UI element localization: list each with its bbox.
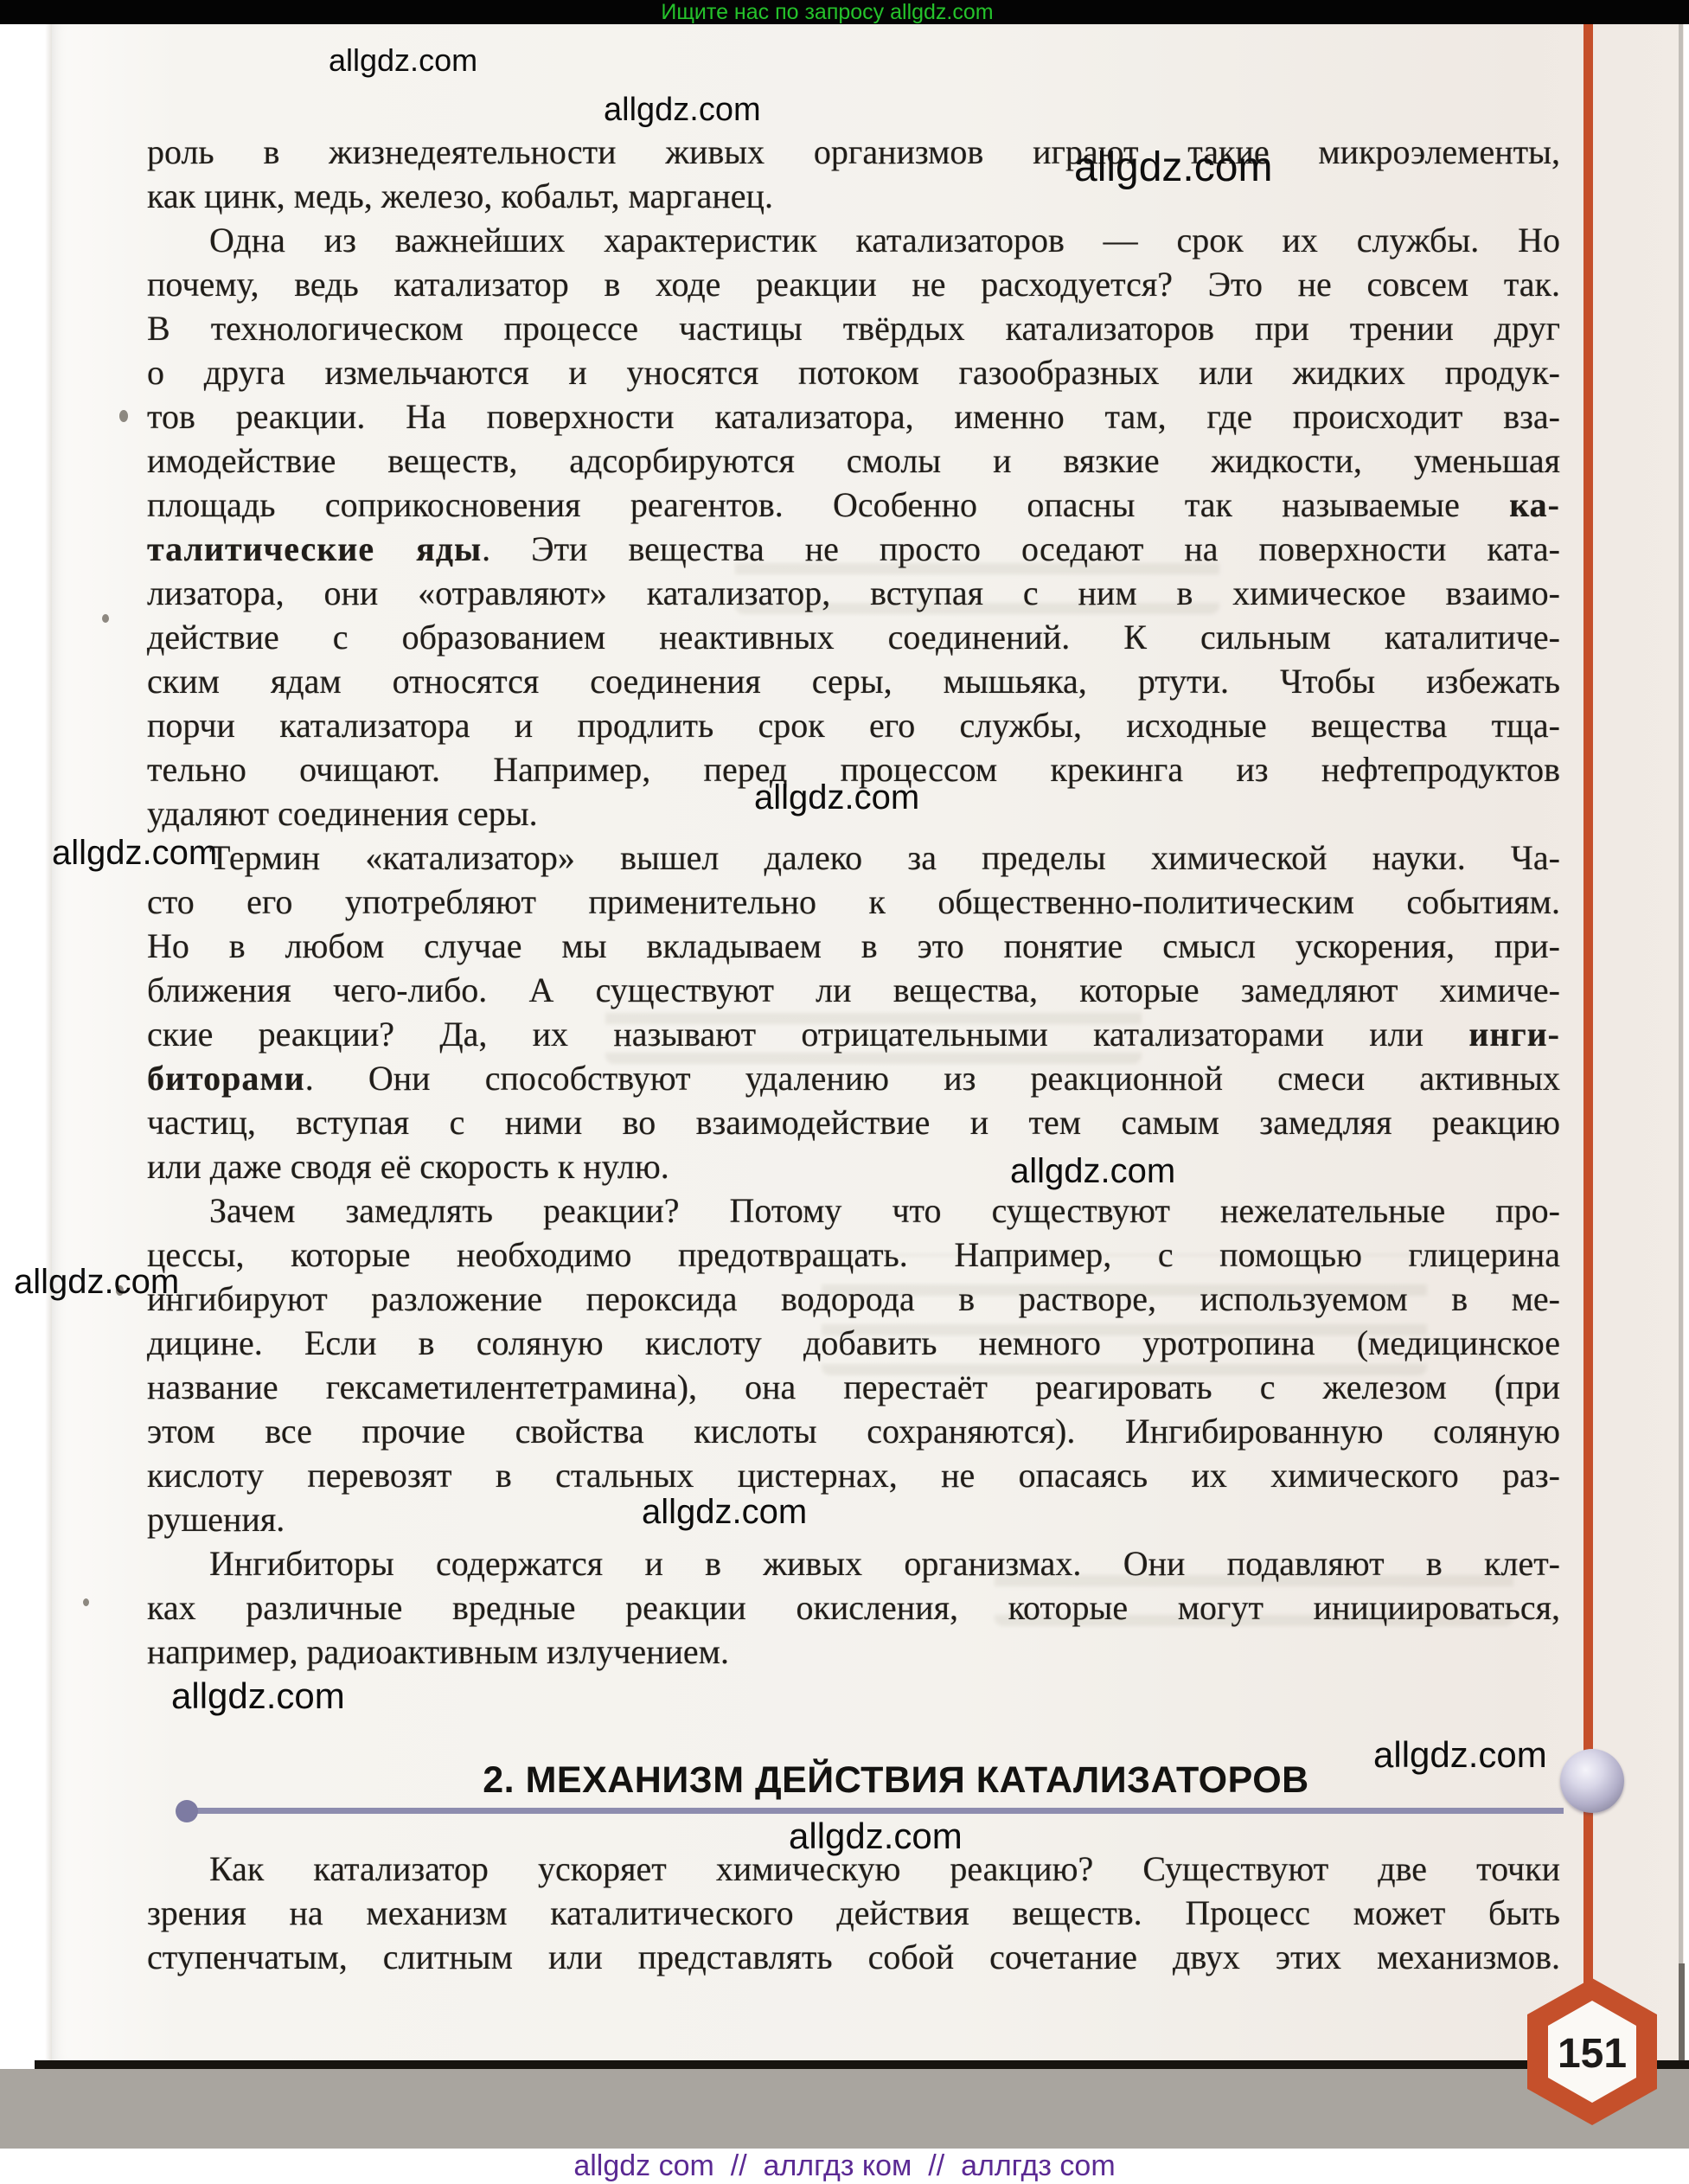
rule-end-sphere [1560, 1749, 1624, 1813]
text-line: Одна из важнейших характеристик катализа… [147, 218, 1560, 262]
heading-rule [187, 1808, 1564, 1814]
text-line: имодействие веществ, адсорбируются смолы… [147, 439, 1560, 483]
watermark: allgdz.com [604, 93, 761, 126]
text-line: частиц, вступая с ними во взаимодействие… [147, 1100, 1560, 1144]
page-right-edge [1679, 24, 1683, 2062]
rule-start-dot [176, 1800, 198, 1822]
ink-speck [119, 410, 128, 422]
text-line: сто его употребляют применительно к обще… [147, 880, 1560, 924]
text-line: название гексаметилентетрамина), она пер… [147, 1365, 1560, 1409]
text-line: действие с образованием неактивных соеди… [147, 615, 1560, 659]
paragraph: Одна из важнейших характеристик катализа… [147, 218, 1560, 836]
paragraph: роль в жизнедеятельности живых организмо… [147, 130, 1560, 218]
watermark: allgdz.com [1373, 1737, 1547, 1773]
top-banner-text: Ищите нас по запросу allgdz.com [661, 0, 993, 24]
text-line: рушения. [147, 1497, 1560, 1541]
text-line: тов реакции. На поверхности катализатора… [147, 394, 1560, 439]
text-line: дицине. Если в соляную кислоту добавить … [147, 1321, 1560, 1365]
text-line: В технологическом процессе частицы твёрд… [147, 306, 1560, 350]
ink-speck [102, 614, 109, 623]
text-line: роль в жизнедеятельности живых организмо… [147, 130, 1560, 174]
accent-vertical-bar [1583, 24, 1593, 1986]
page-number: 151 [1527, 2030, 1657, 2078]
watermark: allgdz.com [52, 836, 217, 870]
watermark: allgdz.com [1074, 147, 1272, 189]
text-line: Зачем замедлять реакции? Потому что суще… [147, 1188, 1560, 1233]
text-line: например, радиоактивным излучением. [147, 1630, 1560, 1674]
text-line: биторами. Они способствуют удалению из р… [147, 1056, 1560, 1100]
text-line: порчи катализатора и продлить срок его с… [147, 703, 1560, 747]
watermark: allgdz.com [171, 1678, 345, 1714]
page-left-edge [45, 24, 52, 2062]
watermark: allgdz.com [14, 1265, 179, 1299]
watermark: allgdz.com [642, 1495, 807, 1529]
page-number-hexagon: 151 [1527, 1978, 1657, 2125]
paragraph: Ингибиторы содержатся и в живых организм… [147, 1541, 1560, 1674]
text-line: площадь соприкосновения реагентов. Особе… [147, 483, 1560, 527]
watermark: allgdz.com [789, 1818, 963, 1854]
watermark: allgdz.com [754, 780, 919, 815]
text-line: Термин «катализатор» вышел далеко за пре… [147, 836, 1560, 880]
text-line: кислоту перевозят в стальных цистернах, … [147, 1453, 1560, 1497]
paragraph: Зачем замедлять реакции? Потому что суще… [147, 1188, 1560, 1541]
text-line: ках различные вредные реакции окисления,… [147, 1585, 1560, 1630]
text-line: почему, ведь катализатор в ходе реакции … [147, 262, 1560, 306]
page-bottom-edge-line [35, 2060, 1689, 2069]
text-line: ингибируют разложение пероксида водорода… [147, 1277, 1560, 1321]
watermark: allgdz.com [329, 45, 477, 76]
scanned-textbook-page: { "top_bar": { "text": "Ищите нас по зап… [0, 0, 1689, 2184]
text-line: ским ядам относятся соединения серы, мыш… [147, 659, 1560, 703]
text-line: Ингибиторы содержатся и в живых организм… [147, 1541, 1560, 1585]
paragraph: Как катализатор ускоряет химическую реак… [147, 1847, 1560, 1979]
top-banner: Ищите нас по запросу allgdz.com [0, 0, 1689, 24]
text-line: этом все прочие свойства кислоты сохраня… [147, 1409, 1560, 1453]
paragraph: Термин «катализатор» вышел далеко за пре… [147, 836, 1560, 1188]
ink-speck [83, 1598, 89, 1606]
text-line: о друга измельчаются и уносятся потоком … [147, 350, 1560, 394]
text-line: талитические яды. Эти вещества не просто… [147, 527, 1560, 571]
page-right-edge-shadow [1679, 1963, 1685, 2066]
body-text-lower: Как катализатор ускоряет химическую реак… [147, 1847, 1560, 1979]
footer-strip: allgdz com // аллгдз ком // аллгдз com [0, 2149, 1689, 2184]
text-line: зрения на механизм каталитического дейст… [147, 1891, 1560, 1935]
text-line: ские реакции? Да, их называют отрицатель… [147, 1012, 1560, 1056]
footer-text: allgdz com // аллгдз ком // аллгдз com [573, 2149, 1115, 2183]
text-line: цессы, которые необходимо предотвращать.… [147, 1233, 1560, 1277]
scanner-background-band [0, 2069, 1689, 2149]
text-line: как цинк, медь, железо, кобальт, маргане… [147, 174, 1560, 218]
watermark: allgdz.com [1010, 1154, 1175, 1188]
text-line: ближения чего-либо. А существуют ли веще… [147, 968, 1560, 1012]
text-line: Но в любом случае мы вкладываем в это по… [147, 924, 1560, 968]
text-line: лизатора, они «отравляют» катализатор, в… [147, 571, 1560, 615]
text-line: или даже сводя её скорость к нулю. [147, 1144, 1560, 1188]
text-line: ступенчатым, слитным или представлять со… [147, 1935, 1560, 1979]
body-text-upper: роль в жизнедеятельности живых организмо… [147, 130, 1560, 1674]
